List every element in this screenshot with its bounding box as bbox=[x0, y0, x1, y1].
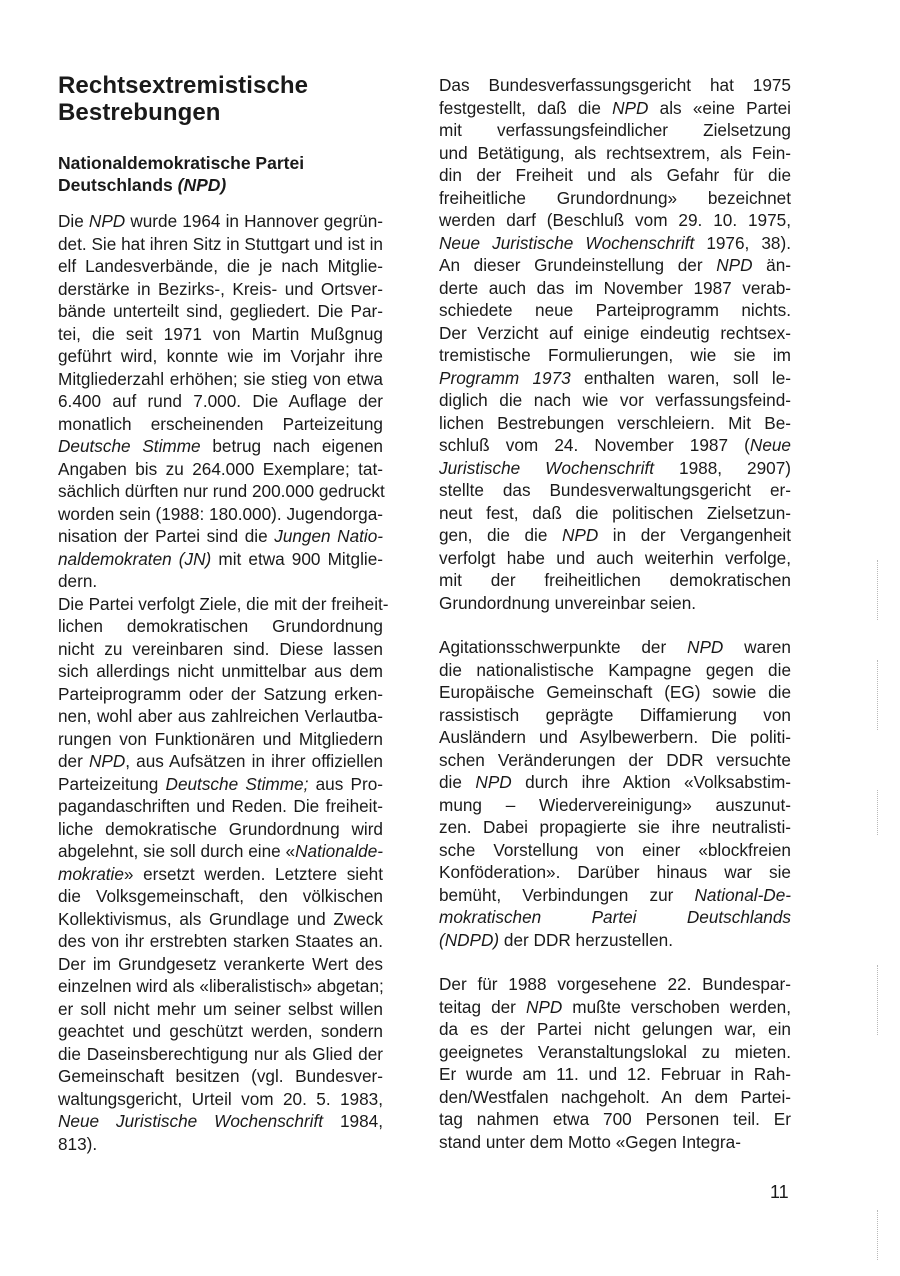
paragraph: Der für 1988 vorgesehene 22. Bundespar-t… bbox=[439, 973, 791, 1153]
text-line: elf Landesverbände, die je nach Mitglie- bbox=[58, 255, 383, 278]
text-line: des von ihr erstrebten starken Staates a… bbox=[58, 930, 383, 953]
npd-abbreviation: (NPD) bbox=[178, 175, 227, 195]
text-line: mit der freiheitlichen demokratischen bbox=[439, 569, 791, 592]
text-line: Grundordnung unvereinbar seien. bbox=[439, 592, 791, 615]
text-line: er soll nicht mehr um seiner selbst will… bbox=[58, 998, 383, 1021]
text-line: Agitationsschwerpunkte der NPD waren bbox=[439, 636, 791, 659]
text-line: Ausländern und Asylbewerbern. Die politi… bbox=[439, 726, 791, 749]
text-line: derte auch das im November 1987 verab- bbox=[439, 277, 791, 300]
text-line: sächlich dürften nur rund 200.000 gedruc… bbox=[58, 480, 383, 503]
text-line: lichen demokratischen Grundordnung bbox=[58, 615, 383, 638]
text-line: det. Sie hat ihren Sitz in Stuttgart und… bbox=[58, 233, 383, 256]
text-line: sich allerdings nicht unmittelbar aus de… bbox=[58, 660, 383, 683]
text-line: und Betätigung, als rechtsextrem, als Fe… bbox=[439, 142, 791, 165]
italic-text: Deutsche Stimme; bbox=[166, 774, 309, 794]
scan-artifact bbox=[877, 560, 880, 620]
text-line: mit verfassungsfeindlicher Zielsetzung bbox=[439, 119, 791, 142]
text-line: der NPD, aus Aufsätzen in ihrer offiziel… bbox=[58, 750, 383, 773]
text-line: pagandaschriften und Reden. Die freiheit… bbox=[58, 795, 383, 818]
text-line: mokratischen Partei Deutschlands bbox=[439, 906, 791, 929]
text-line: derstärke in Bezirks-, Kreis- und Ortsve… bbox=[58, 278, 383, 301]
text-line: diglich die nach wie vor verfassungsfein… bbox=[439, 389, 791, 412]
text-line: neut fest, daß die politischen Zielsetzu… bbox=[439, 502, 791, 525]
text-line: din der Freiheit und als Gefahr für die bbox=[439, 164, 791, 187]
text-line: schen Veränderungen der DDR versuchte bbox=[439, 749, 791, 772]
paragraph: Die NPD wurde 1964 in Hannover gegrün-de… bbox=[58, 210, 383, 593]
text-line: den/Westfalen nachgeholt. An dem Partei- bbox=[439, 1086, 791, 1109]
text-line: einzelnen wird als «liberalistisch» abge… bbox=[58, 975, 383, 998]
text-line: bände unterteilt sind, gegliedert. Die P… bbox=[58, 300, 383, 323]
text-line: stellte das Bundesverwaltungsgericht er- bbox=[439, 479, 791, 502]
text-line: monatlich erscheinenden Parteizeitung bbox=[58, 413, 383, 436]
text-line: rassistisch geprägte Diffamierung von bbox=[439, 704, 791, 727]
text-line: 813). bbox=[58, 1133, 383, 1156]
text-line: Programm 1973 enthalten waren, soll le- bbox=[439, 367, 791, 390]
text-line: Kollektivismus, als Grundlage und Zweck bbox=[58, 908, 383, 931]
section-heading: Nationaldemokratische Partei Deutschland… bbox=[58, 152, 383, 196]
text-line: abgelehnt, sie soll durch eine «National… bbox=[58, 840, 383, 863]
text-line: lichen Bestrebungen verschleiern. Mit Be… bbox=[439, 412, 791, 435]
italic-text: NPD bbox=[612, 98, 648, 118]
scan-artifact bbox=[877, 790, 880, 835]
text-line: werden darf (Beschluß vom 29. 10. 1975, bbox=[439, 209, 791, 232]
italic-text: Juristische Wochenschrift bbox=[439, 458, 654, 478]
italic-text: NPD bbox=[89, 211, 125, 231]
italic-text: Jungen Natio- bbox=[274, 526, 383, 546]
text-line: gen, die die NPD in der Vergangenheit bbox=[439, 524, 791, 547]
text-line: geführt wird, konnte wie im Vorjahr ihre bbox=[58, 345, 383, 368]
italic-text: mokratie bbox=[58, 864, 124, 884]
text-line: verfolgt habe und auch weiterhin verfolg… bbox=[439, 547, 791, 570]
text-line: Europäische Gemeinschaft (EG) sowie die bbox=[439, 681, 791, 704]
text-line: die nationalistische Kampagne gegen die bbox=[439, 659, 791, 682]
right-column: Das Bundesverfassungsgericht hat 1975fes… bbox=[439, 74, 791, 1153]
paragraph: Agitationsschwerpunkte der NPD warendie … bbox=[439, 636, 791, 951]
text-line: Parteiprogramm oder der Satzung erken- bbox=[58, 683, 383, 706]
italic-text: Neue Juristische Wochenschrift bbox=[439, 233, 694, 253]
italic-text: naldemokraten (JN) bbox=[58, 549, 211, 569]
document-page: Rechtsextremistische Bestrebungen Nation… bbox=[0, 0, 900, 1276]
italic-text: NPD bbox=[687, 637, 723, 657]
text-line: Der Verzicht auf einige eindeutig rechts… bbox=[439, 322, 791, 345]
text-line: tag nahmen etwa 700 Personen teil. Er bbox=[439, 1108, 791, 1131]
heading-line: Deutschlands (NPD) bbox=[58, 174, 383, 196]
text-line: liche demokratische Grundordnung wird bbox=[58, 818, 383, 841]
italic-text: NPD bbox=[716, 255, 752, 275]
text-line: nicht zu vereinbaren sind. Diese lassen bbox=[58, 638, 383, 661]
text-line: die Volksgemeinschaft, den völkischen bbox=[58, 885, 383, 908]
text-line: nen, wohl aber aus zahlreichen Verlautba… bbox=[58, 705, 383, 728]
text-line: Gemeinschaft besitzen (vgl. Bundesver- bbox=[58, 1065, 383, 1088]
page-title: Rechtsextremistische Bestrebungen bbox=[58, 72, 383, 126]
italic-text: Programm 1973 bbox=[439, 368, 571, 388]
text-line: stand unter dem Motto «Gegen Integra- bbox=[439, 1131, 791, 1154]
text-line: Er wurde am 11. und 12. Februar in Rah- bbox=[439, 1063, 791, 1086]
text-line: waltungsgericht, Urteil vom 20. 5. 1983, bbox=[58, 1088, 383, 1111]
italic-text: National-De- bbox=[695, 885, 791, 905]
italic-text: Deutsche Stimme bbox=[58, 436, 201, 456]
text-line: schluß vom 24. November 1987 (Neue bbox=[439, 434, 791, 457]
text-line: Konföderation». Darüber hinaus war sie bbox=[439, 861, 791, 884]
text-line: Deutsche Stimme betrug nach eigenen bbox=[58, 435, 383, 458]
text-line: die Daseinsberechtigung nur als Glied de… bbox=[58, 1043, 383, 1066]
text-line: tei, die seit 1971 von Martin Mußgnug bbox=[58, 323, 383, 346]
text-line: festgestellt, daß die NPD als «eine Part… bbox=[439, 97, 791, 120]
text-line: worden sein (1988: 180.000). Jugendorga- bbox=[58, 503, 383, 526]
italic-text: NPD bbox=[89, 751, 125, 771]
text-line: An dieser Grundeinstellung der NPD än- bbox=[439, 254, 791, 277]
text-line: schiedete neue Parteiprogramm nichts. bbox=[439, 299, 791, 322]
text-line: mung – Wiedervereinigung» auszunut- bbox=[439, 794, 791, 817]
text-line: dern. bbox=[58, 570, 383, 593]
text-line: teitag der NPD mußte verschoben werden, bbox=[439, 996, 791, 1019]
title-line: Bestrebungen bbox=[58, 99, 383, 126]
italic-text: NPD bbox=[526, 997, 562, 1017]
heading-line: Nationaldemokratische Partei bbox=[58, 152, 383, 174]
left-column: Rechtsextremistische Bestrebungen Nation… bbox=[58, 72, 383, 1155]
scan-artifact bbox=[877, 965, 880, 1035]
text-line: Die NPD wurde 1964 in Hannover gegrün- bbox=[58, 210, 383, 233]
text-line: nisation der Partei sind die Jungen Nati… bbox=[58, 525, 383, 548]
page-number: 11 bbox=[770, 1182, 789, 1203]
text-line: Juristische Wochenschrift 1988, 2907) bbox=[439, 457, 791, 480]
text-line: zen. Dabei propagierte sie ihre neutrali… bbox=[439, 816, 791, 839]
text-line: 6.400 auf rund 7.000. Die Auflage der bbox=[58, 390, 383, 413]
text-line: freiheitliche Grundordnung» bezeichnet bbox=[439, 187, 791, 210]
italic-text: NPD bbox=[475, 772, 511, 792]
text-line: (NDPD) der DDR herzustellen. bbox=[439, 929, 791, 952]
italic-text: Neue Juristische Wochenschrift bbox=[58, 1111, 323, 1131]
italic-text: Neue bbox=[750, 435, 791, 455]
text-line: geeignetes Veranstaltungslokal zu mieten… bbox=[439, 1041, 791, 1064]
text-line: naldemokraten (JN) mit etwa 900 Mitglie- bbox=[58, 548, 383, 571]
text-line: rungen von Funktionären und Mitgliedern bbox=[58, 728, 383, 751]
title-line: Rechtsextremistische bbox=[58, 72, 383, 99]
paragraph: Das Bundesverfassungsgericht hat 1975fes… bbox=[439, 74, 791, 614]
text-line: sche Vorstellung von einer «blockfreien bbox=[439, 839, 791, 862]
text-line: die NPD durch ihre Aktion «Volksabstim- bbox=[439, 771, 791, 794]
scan-artifact bbox=[877, 660, 880, 730]
italic-text: mokratischen Partei Deutschlands bbox=[439, 907, 791, 927]
text-line: Die Partei verfolgt Ziele, die mit der f… bbox=[58, 593, 383, 616]
text-line: bemüht, Verbindungen zur National-De- bbox=[439, 884, 791, 907]
scan-artifact bbox=[877, 1210, 880, 1260]
paragraph: Die Partei verfolgt Ziele, die mit der f… bbox=[58, 593, 383, 1156]
text-line: Neue Juristische Wochenschrift 1976, 38)… bbox=[439, 232, 791, 255]
text-line: Das Bundesverfassungsgericht hat 1975 bbox=[439, 74, 791, 97]
text-line: mokratie» ersetzt werden. Letztere sieht bbox=[58, 863, 383, 886]
text-line: Der im Grundgesetz verankerte Wert des bbox=[58, 953, 383, 976]
text-line: Der für 1988 vorgesehene 22. Bundespar- bbox=[439, 973, 791, 996]
text-line: Angaben bis zu 264.000 Exemplare; tat- bbox=[58, 458, 383, 481]
italic-text: (NDPD) bbox=[439, 930, 499, 950]
text-line: Neue Juristische Wochenschrift 1984, bbox=[58, 1110, 383, 1133]
text-line: tremistische Formulierungen, wie sie im bbox=[439, 344, 791, 367]
italic-text: Nationalde- bbox=[295, 841, 383, 861]
italic-text: NPD bbox=[562, 525, 598, 545]
text-line: Parteizeitung Deutsche Stimme; aus Pro- bbox=[58, 773, 383, 796]
text-line: geachtet und geschützt werden, sondern bbox=[58, 1020, 383, 1043]
text-line: Mitgliederzahl erhöhen; sie stieg von et… bbox=[58, 368, 383, 391]
text-line: da es der Partei nicht gelungen war, ein bbox=[439, 1018, 791, 1041]
